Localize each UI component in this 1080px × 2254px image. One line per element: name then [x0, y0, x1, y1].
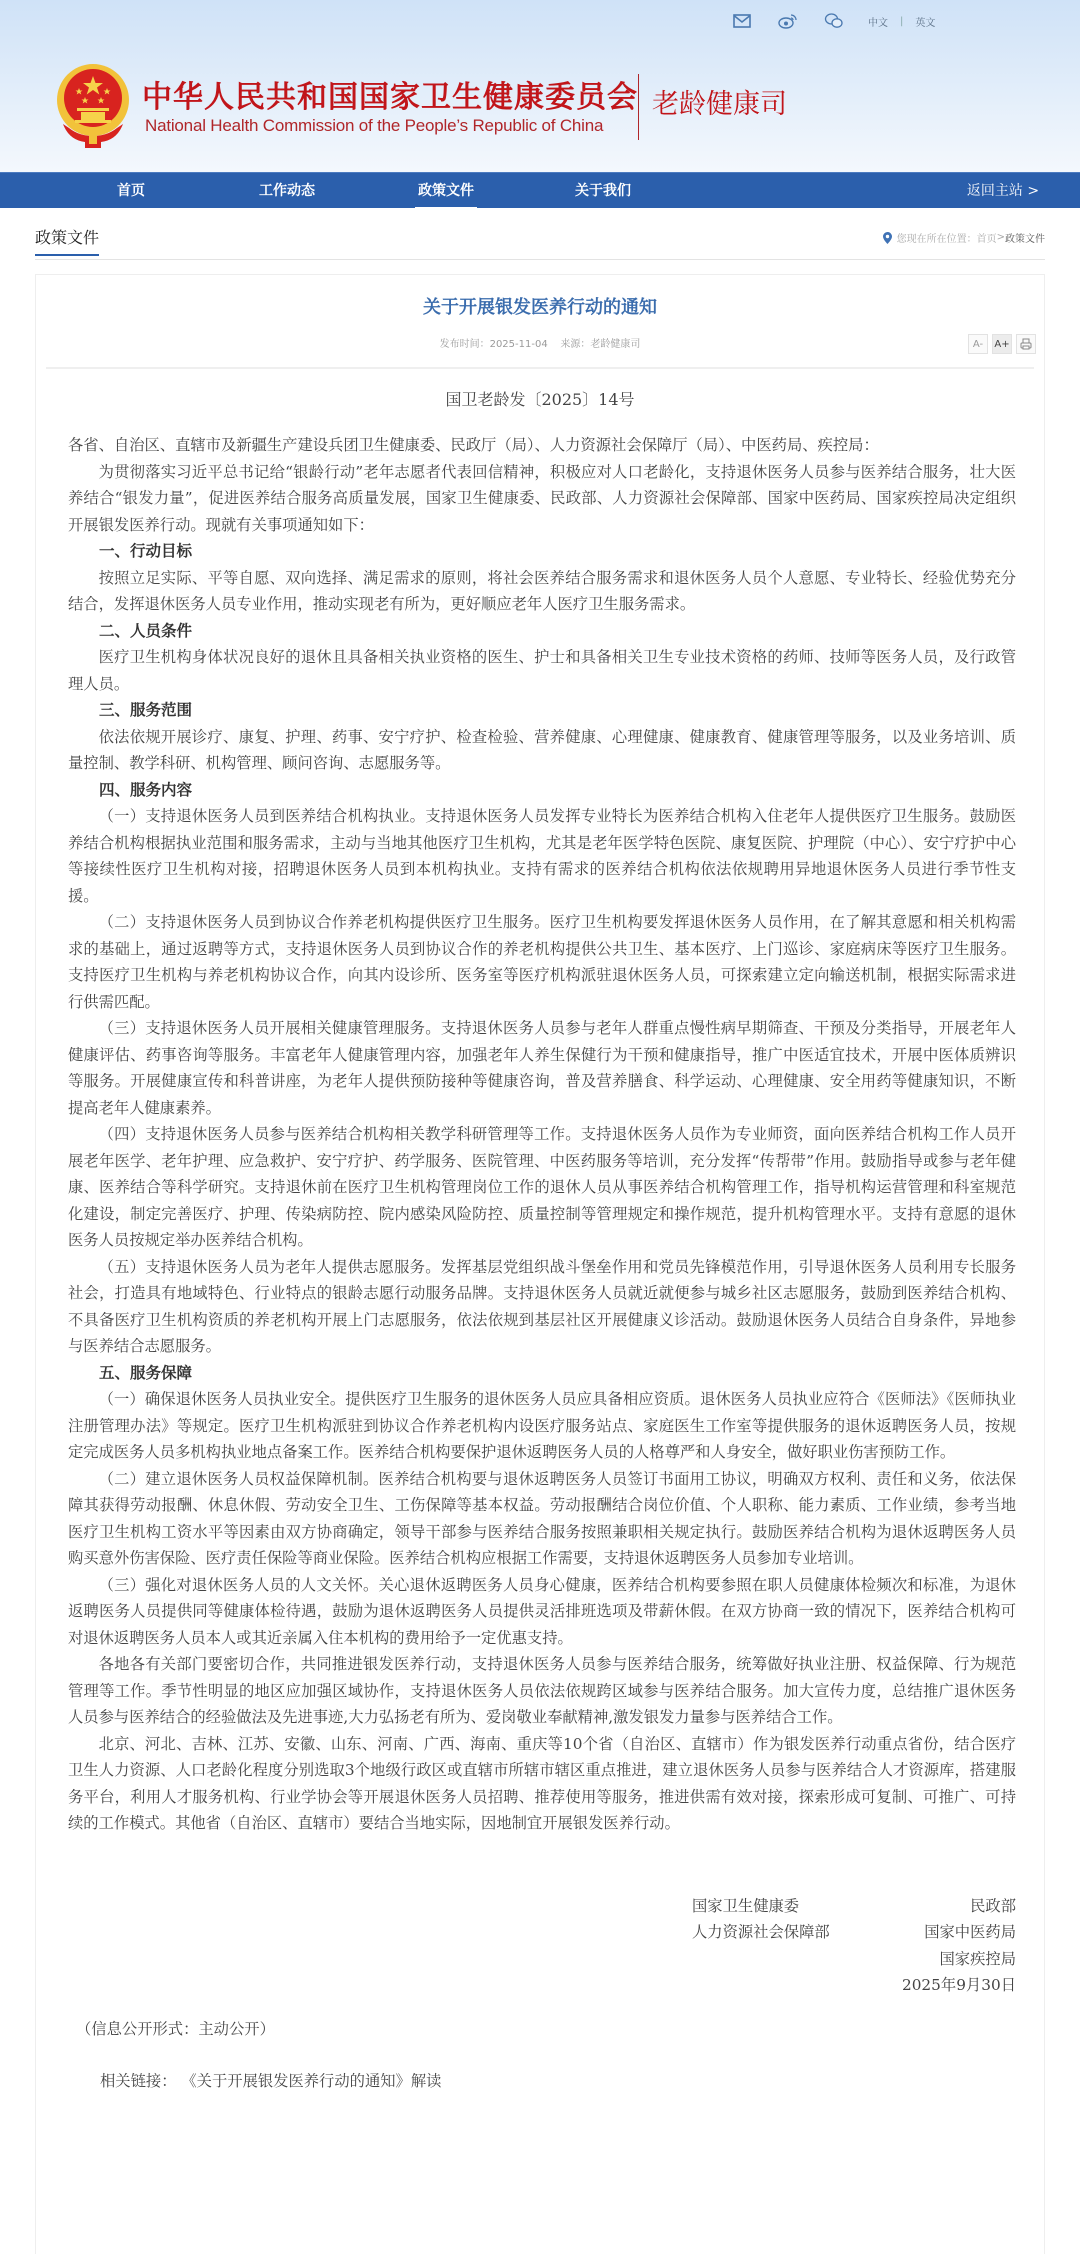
paragraph: （五）支持退休医务人员为老年人提供志愿服务。发挥基层党组织战斗堡垒作用和党员先锋… — [68, 1254, 1016, 1360]
print-icon — [1020, 338, 1032, 350]
site-title-chinese: 中华人民共和国国家卫生健康委员会 — [142, 72, 638, 116]
signatory: 人力资源社会保障部 — [692, 1919, 830, 1946]
paragraph: （三）支持退休医务人员开展相关健康管理服务。支持退休医务人员参与老年人群重点慢性… — [68, 1015, 1016, 1121]
wechat-icon[interactable] — [822, 9, 846, 33]
article-body: 各省、自治区、直辖市及新疆生产建设兵团卫生健康委、民政厅（局）、人力资源社会保障… — [36, 432, 1044, 1837]
section-heading: 一、行动目标 — [68, 538, 1016, 565]
section-heading: 三、服务范围 — [68, 697, 1016, 724]
back-to-main-site-link[interactable]: 返回主站 > — [960, 173, 1046, 209]
nav-item-home[interactable]: 首页 — [110, 173, 152, 209]
paragraph: （二）建立退休医务人员权益保障机制。医养结合机构要与退休返聘医务人员签订书面用工… — [68, 1466, 1016, 1572]
meta-divider — [46, 367, 1034, 369]
nav-item-policy-docs[interactable]: 政策文件 — [415, 173, 477, 209]
signatory: 国家疾控局 — [902, 1946, 1016, 1973]
publish-date: 2025-11-04 — [490, 339, 548, 350]
nav-item-work-news[interactable]: 工作动态 — [254, 173, 320, 209]
signatories-left: 国家卫生健康委 人力资源社会保障部 — [692, 1893, 830, 1946]
addressee: 各省、自治区、直辖市及新疆生产建设兵团卫生健康委、民政厅（局）、人力资源社会保障… — [68, 432, 1016, 459]
intro-paragraph: 为贯彻落实习近平总书记给“银龄行动”老年志愿者代表回信精神，积极应对人口老龄化，… — [68, 459, 1016, 539]
related-label: 相关链接： — [100, 2072, 177, 2090]
signatory: 国家中医药局 — [902, 1919, 1016, 1946]
source-label: 来源： — [560, 339, 590, 350]
article-container: 关于开展银发医养行动的通知 发布时间：2025-11-04 来源：老龄健康司 A… — [35, 274, 1045, 2254]
breadcrumb: 您现在所在位置： 首页 > 政策文件 — [883, 230, 1045, 245]
site-title-english: National Health Commission of the People… — [145, 116, 603, 136]
signatories: 国家卫生健康委 人力资源社会保障部 民政部 国家中医药局 国家疾控局 2025年… — [36, 1893, 1044, 2013]
section-heading: 二、人员条件 — [68, 618, 1016, 645]
paragraph: （二）支持退休医务人员到协议合作养老机构提供医疗卫生服务。医疗卫生机构要发挥退休… — [68, 909, 1016, 1015]
breadcrumb-separator: > — [997, 232, 1005, 243]
disclosure-note: （信息公开形式：主动公开） — [36, 2017, 1044, 2039]
source: 老龄健康司 — [590, 339, 640, 350]
closing-paragraph: 各地各有关部门要密切合作，共同推进银发医养行动，支持退休医务人员参与医养结合服务… — [68, 1651, 1016, 1731]
paragraph: （四）支持退休医务人员参与医养结合机构相关教学科研管理等工作。支持退休医务人员作… — [68, 1121, 1016, 1254]
breadcrumb-prefix: 您现在所在位置： — [897, 230, 977, 245]
font-decrease-button[interactable]: A- — [968, 334, 988, 354]
related-interpretation-link[interactable]: 《关于开展银发医养行动的通知》解读 — [181, 2072, 441, 2090]
publish-date-label: 发布时间： — [440, 339, 490, 350]
article-meta: 发布时间：2025-11-04 来源：老龄健康司 — [36, 335, 1044, 349]
nav-item-about-us[interactable]: 关于我们 — [570, 173, 636, 209]
section-heading: 四、服务内容 — [68, 777, 1016, 804]
signatories-right: 民政部 国家中医药局 国家疾控局 2025年9月30日 — [902, 1893, 1016, 1999]
section-title: 政策文件 — [35, 225, 99, 256]
mail-icon[interactable] — [730, 9, 754, 33]
paragraph: （一）支持退休医务人员到医养结合机构执业。支持退休医务人员发挥专业特长为医养结合… — [68, 803, 1016, 909]
title-divider — [638, 74, 639, 140]
location-pin-icon — [883, 232, 892, 244]
weibo-icon[interactable] — [776, 9, 800, 33]
paragraph: 依法依规开展诊疗、康复、护理、药事、安宁疗护、检查检验、营养健康、心理健康、健康… — [68, 724, 1016, 777]
paragraph: （三）强化对退休医务人员的人文关怀。关心退休返聘医务人员身心健康，医养结合机构要… — [68, 1572, 1016, 1652]
paragraph: 按照立足实际、平等自愿、双向选择、满足需求的原则，将社会医养结合服务需求和退休医… — [68, 565, 1016, 618]
site-header: 中文 | 英文 中华人民共和国国家卫生健康委员会 National Health… — [0, 0, 1080, 172]
lang-chinese-link[interactable]: 中文 — [868, 14, 888, 29]
lang-english-link[interactable]: 英文 — [915, 14, 935, 29]
breadcrumb-home-link[interactable]: 首页 — [977, 230, 997, 245]
national-emblem-logo[interactable] — [55, 62, 131, 150]
main-nav: 首页 工作动态 政策文件 关于我们 返回主站 > — [0, 172, 1080, 208]
signatory: 国家卫生健康委 — [692, 1893, 830, 1920]
signing-date: 2025年9月30日 — [902, 1972, 1016, 1999]
related-links: 相关链接： 《关于开展银发医养行动的通知》解读 — [36, 2069, 1044, 2091]
article-title: 关于开展银发医养行动的通知 — [36, 293, 1044, 319]
signatory: 民政部 — [902, 1893, 1016, 1920]
lang-separator: | — [900, 16, 903, 27]
breadcrumb-current: 政策文件 — [1005, 230, 1045, 245]
top-toolbar: 中文 | 英文 — [730, 8, 935, 34]
paragraph: （一）确保退休医务人员执业安全。提供医疗卫生服务的退休医务人员应具备相应资质。退… — [68, 1386, 1016, 1466]
print-button[interactable] — [1016, 334, 1036, 354]
document-number: 国卫老龄发〔2025〕14号 — [36, 387, 1044, 410]
department-name: 老龄健康司 — [652, 82, 787, 121]
font-increase-button[interactable]: A+ — [992, 334, 1012, 354]
article-tools: A- A+ — [964, 334, 1036, 354]
closing-paragraph: 北京、河北、吉林、江苏、安徽、山东、河南、广西、海南、重庆等10个省（自治区、直… — [68, 1731, 1016, 1837]
paragraph: 医疗卫生机构身体状况良好的退休且具备相关执业资格的医生、护士和具备相关卫生专业技… — [68, 644, 1016, 697]
section-heading: 五、服务保障 — [68, 1360, 1016, 1387]
section-bar: 政策文件 您现在所在位置： 首页 > 政策文件 — [35, 208, 1045, 260]
